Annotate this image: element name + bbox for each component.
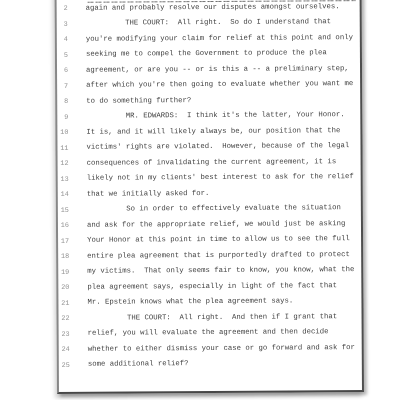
line-number: 17 bbox=[60, 237, 69, 245]
transcript-line: 2 again and probably resolve our dispute… bbox=[57, 2, 360, 19]
transcript-line: 19 my victims. That only seems fair to k… bbox=[58, 266, 361, 283]
transcript-line: 13 likely not in my clients' best intere… bbox=[58, 173, 361, 190]
line-text: seeking me to compel the Government to p… bbox=[86, 49, 327, 58]
line-number: 14 bbox=[60, 191, 69, 199]
line-number: 24 bbox=[61, 346, 70, 354]
transcript-line: 7 after which you're then going to evalu… bbox=[57, 80, 360, 97]
transcript-line: 24 whether to either dismiss your case o… bbox=[59, 343, 362, 360]
line-number: 13 bbox=[60, 175, 69, 183]
transcript-line: 10 It is, and it will likely always be, … bbox=[57, 126, 360, 143]
line-number: 5 bbox=[59, 51, 68, 59]
line-text: Your Honor at this point in time to allo… bbox=[87, 235, 350, 245]
line-text: It is, and it will likely always be, our… bbox=[86, 127, 340, 137]
line-text: THE COURT: All right. And then if I gran… bbox=[88, 313, 338, 323]
line-text: So in order to effectively evaluate the … bbox=[87, 204, 341, 214]
line-text: to do something further? bbox=[86, 97, 191, 106]
line-text: that we initially asked for. bbox=[87, 190, 210, 199]
line-number: 19 bbox=[60, 268, 69, 276]
line-text: relief, you will evaluate the agreement … bbox=[88, 328, 329, 337]
transcript-line: 8 to do something further? bbox=[57, 95, 360, 112]
line-text: likely not in my clients' best interest … bbox=[87, 173, 354, 183]
document-scene: 2 again and probably resolve our dispute… bbox=[0, 0, 400, 400]
transcript-line: 14 that we initially asked for. bbox=[58, 188, 361, 205]
line-number: 22 bbox=[61, 315, 70, 323]
line-number: 21 bbox=[60, 299, 69, 307]
line-text: Mr. Epstein knows what the plea agreemen… bbox=[87, 297, 293, 306]
line-text: my victims. That only seems fair to know… bbox=[87, 266, 354, 276]
transcript-line: 18 entire plea agreement that is purport… bbox=[58, 250, 361, 267]
line-number: 11 bbox=[59, 144, 68, 152]
transcript-line: 3 THE COURT: All right. So do I understa… bbox=[57, 18, 360, 35]
line-text: THE COURT: All right. So do I understand… bbox=[86, 18, 331, 27]
line-text: victims' rights are violated. However, b… bbox=[86, 142, 349, 152]
line-number: 16 bbox=[60, 222, 69, 230]
transcript-line: 21 Mr. Epstein knows what the plea agree… bbox=[58, 297, 361, 314]
line-number: 12 bbox=[60, 160, 69, 168]
transcript-line: 11 victims' rights are violated. However… bbox=[57, 142, 360, 159]
line-text: you're modifying your claim for relief a… bbox=[86, 34, 353, 44]
transcript-line: 15 So in order to effectively evaluate t… bbox=[58, 204, 361, 221]
line-text: and ask for the appropriate relief, we w… bbox=[87, 220, 345, 230]
line-number: 15 bbox=[60, 206, 69, 214]
transcript-page: 2 again and probably resolve our dispute… bbox=[54, 0, 364, 394]
line-number: 20 bbox=[60, 284, 69, 292]
transcript-line: 16 and ask for the appropriate relief, w… bbox=[58, 219, 361, 236]
line-number: 7 bbox=[59, 82, 68, 90]
transcript-line: 9 MR. EDWARDS: I think it's the latter, … bbox=[57, 111, 360, 128]
line-text: some additional relief? bbox=[88, 360, 189, 369]
line-number: 9 bbox=[59, 113, 68, 121]
line-text: agreement, or are you -- or is this a --… bbox=[86, 65, 349, 75]
line-number: 10 bbox=[59, 129, 68, 137]
transcript-line: 17 Your Honor at this point in time to a… bbox=[58, 235, 361, 252]
line-number: 8 bbox=[59, 98, 68, 106]
line-number: 4 bbox=[59, 36, 68, 44]
line-number: 3 bbox=[59, 20, 68, 28]
line-text: MR. EDWARDS: I think it's the latter, Yo… bbox=[86, 111, 344, 121]
line-number: 23 bbox=[61, 330, 70, 338]
transcript-lines: 2 again and probably resolve our dispute… bbox=[57, 2, 362, 376]
line-text: entire plea agreement that is purportedl… bbox=[87, 251, 350, 261]
transcript-line: 6 agreement, or are you -- or is this a … bbox=[57, 64, 360, 81]
transcript-line: 22 THE COURT: All right. And then if I g… bbox=[59, 312, 362, 329]
line-text: plea agreement says, especially in light… bbox=[87, 282, 337, 292]
line-text: again and probably resolve our disputes … bbox=[86, 3, 340, 13]
transcript-line: 23 relief, you will evaluate the agreeme… bbox=[59, 328, 362, 345]
line-text: after which you're then going to evaluat… bbox=[86, 80, 353, 90]
line-number: 18 bbox=[60, 253, 69, 261]
transcript-line: 5 seeking me to compel the Government to… bbox=[57, 49, 360, 66]
line-number: 2 bbox=[59, 5, 68, 13]
line-text: whether to either dismiss your case or g… bbox=[88, 344, 355, 354]
transcript-line: 25 some additional relief? bbox=[59, 359, 362, 376]
line-number: 6 bbox=[59, 67, 68, 75]
line-number: 25 bbox=[61, 361, 70, 369]
transcript-line: 4 you're modifying your claim for relief… bbox=[57, 33, 360, 50]
line-text: consequences of invalidating the current… bbox=[87, 158, 337, 168]
transcript-line: 20 plea agreement says, especially in li… bbox=[58, 281, 361, 298]
transcript-line: 12 consequences of invalidating the curr… bbox=[58, 157, 361, 174]
